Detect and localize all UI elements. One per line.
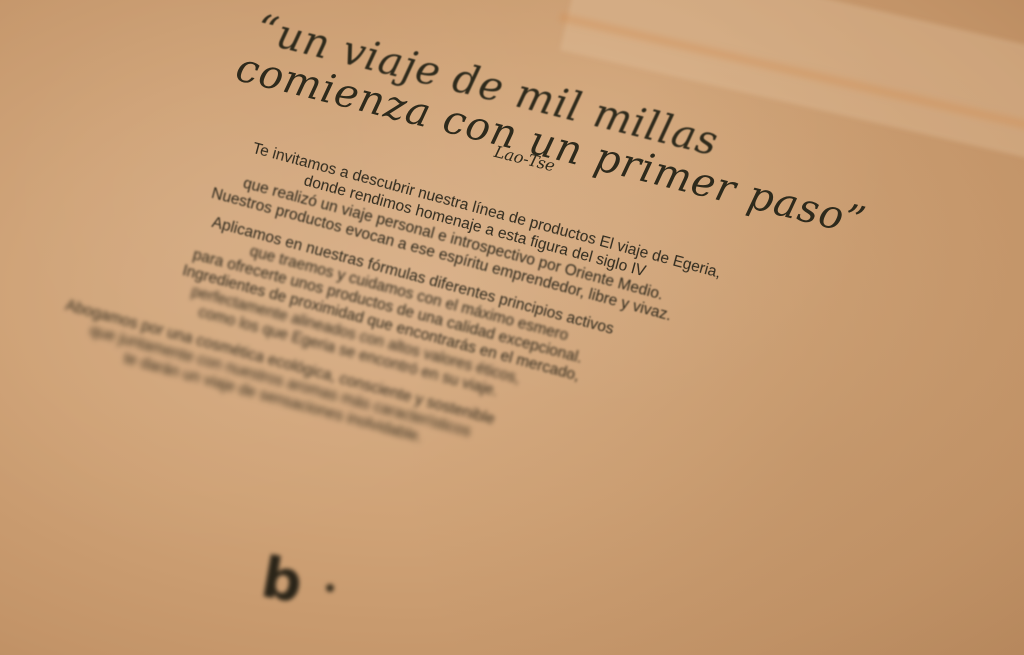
- body-text: Te invitamos a descubrir nuestra línea d…: [187, 140, 723, 520]
- brand-logo-dot: [326, 584, 334, 592]
- kraft-card: “un viaje de mil millas comienza con un …: [0, 0, 1024, 655]
- brand-logo: b: [257, 545, 308, 616]
